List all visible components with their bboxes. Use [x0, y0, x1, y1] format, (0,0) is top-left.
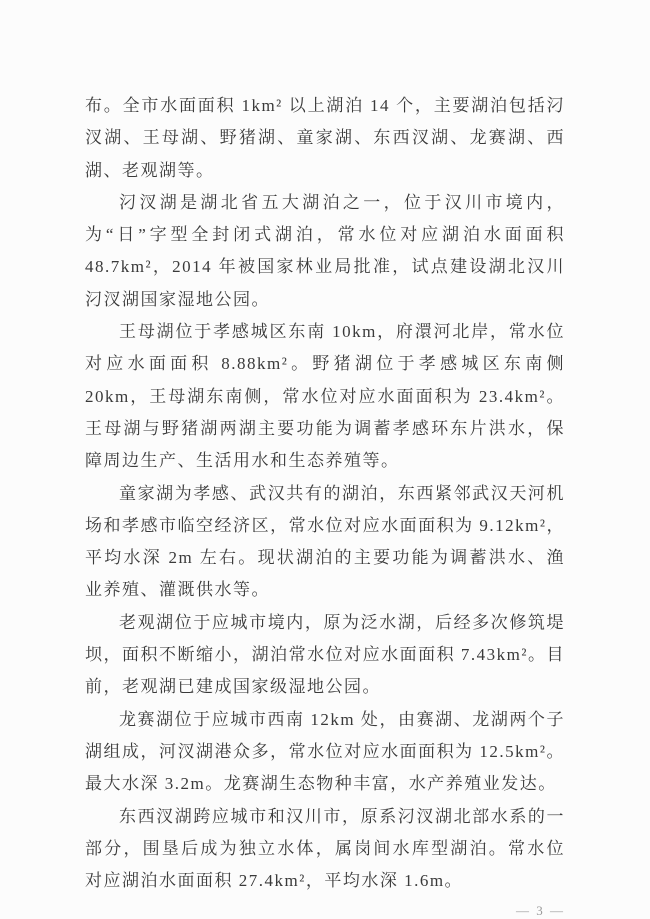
paragraph-longsai-lake: 龙赛湖位于应城市西南 12km 处，由赛湖、龙湖两个子湖组成，河汊湖港众多，常水…	[85, 704, 565, 801]
paragraph-lakes-overview: 布。全市水面面积 1km² 以上湖泊 14 个，主要湖泊包括汈汊湖、王母湖、野猪…	[85, 90, 565, 187]
paragraph-wangmu-yezhu-lakes: 王母湖位于孝感城区东南 10km，府澴河北岸，常水位对应水面面积 8.88km²…	[85, 316, 565, 477]
document-body: 布。全市水面面积 1km² 以上湖泊 14 个，主要湖泊包括汈汊湖、王母湖、野猪…	[85, 90, 565, 897]
document-page: 布。全市水面面积 1km² 以上湖泊 14 个，主要湖泊包括汈汊湖、王母湖、野猪…	[0, 0, 650, 919]
paragraph-dongxicha-lake: 东西汊湖跨应城市和汉川市，原系汈汊湖北部水系的一部分，围垦后成为独立水体，属岗间…	[85, 801, 565, 898]
paragraph-laoguan-lake: 老观湖位于应城市境内，原为泛水湖，后经多次修筑堤坝，面积不断缩小，湖泊常水位对应…	[85, 607, 565, 704]
paragraph-diaocha-lake: 汈汊湖是湖北省五大湖泊之一，位于汉川市境内，为“日”字型全封闭式湖泊，常水位对应…	[85, 187, 565, 316]
page-number: — 3 —	[85, 903, 565, 919]
paragraph-tongjia-lake: 童家湖为孝感、武汉共有的湖泊，东西紧邻武汉天河机场和孝感市临空经济区，常水位对应…	[85, 478, 565, 607]
